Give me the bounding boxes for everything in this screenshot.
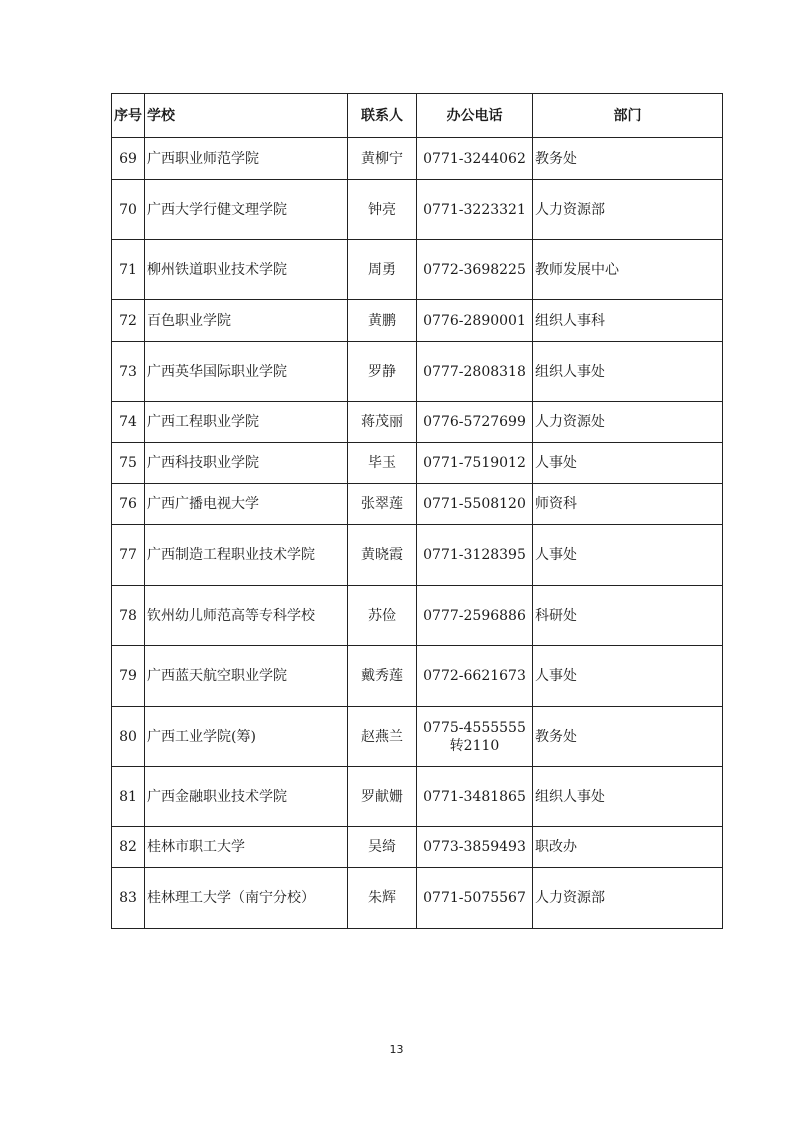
cell-school: 百色职业学院 (145, 300, 348, 342)
cell-no: 82 (112, 827, 145, 868)
table-row: 69 广西职业师范学院 黄柳宁 0771-3244062 教务处 (112, 138, 723, 180)
cell-phone: 0771-3244062 (417, 138, 533, 180)
cell-no: 77 (112, 525, 145, 586)
cell-no: 81 (112, 767, 145, 827)
cell-dept: 人事处 (533, 443, 723, 484)
table-row: 72 百色职业学院 黄鹏 0776-2890001 组织人事科 (112, 300, 723, 342)
header-no: 序号 (112, 94, 145, 138)
cell-phone: 0776-5727699 (417, 402, 533, 443)
table-row: 76 广西广播电视大学 张翠莲 0771-5508120 师资科 (112, 484, 723, 525)
cell-dept: 师资科 (533, 484, 723, 525)
table-row: 74 广西工程职业学院 蒋茂丽 0776-5727699 人力资源处 (112, 402, 723, 443)
table-row: 83 桂林理工大学（南宁分校） 朱辉 0771-5075567 人力资源部 (112, 868, 723, 929)
cell-no: 79 (112, 646, 145, 707)
cell-school: 广西大学行健文理学院 (145, 180, 348, 240)
cell-school: 柳州铁道职业技术学院 (145, 240, 348, 300)
cell-dept: 人力资源处 (533, 402, 723, 443)
page-number: 13 (0, 1043, 793, 1056)
cell-school: 广西金融职业技术学院 (145, 767, 348, 827)
cell-dept: 人力资源部 (533, 868, 723, 929)
cell-dept: 组织人事处 (533, 767, 723, 827)
cell-phone: 0771-5075567 (417, 868, 533, 929)
cell-no: 80 (112, 707, 145, 767)
table-row: 73 广西英华国际职业学院 罗静 0777-2808318 组织人事处 (112, 342, 723, 402)
cell-no: 71 (112, 240, 145, 300)
cell-dept: 教务处 (533, 707, 723, 767)
cell-school: 广西科技职业学院 (145, 443, 348, 484)
cell-contact: 黄鹏 (348, 300, 417, 342)
cell-dept: 组织人事处 (533, 342, 723, 402)
cell-no: 83 (112, 868, 145, 929)
table-row: 75 广西科技职业学院 毕玉 0771-7519012 人事处 (112, 443, 723, 484)
cell-no: 69 (112, 138, 145, 180)
cell-contact: 黄柳宁 (348, 138, 417, 180)
cell-school: 广西工程职业学院 (145, 402, 348, 443)
table-row: 82 桂林市职工大学 吴绮 0773-3859493 职改办 (112, 827, 723, 868)
cell-contact: 蒋茂丽 (348, 402, 417, 443)
table-row: 78 钦州幼儿师范高等专科学校 苏俭 0777-2596886 科研处 (112, 586, 723, 646)
cell-no: 70 (112, 180, 145, 240)
cell-phone: 0776-2890001 (417, 300, 533, 342)
cell-school: 广西蓝天航空职业学院 (145, 646, 348, 707)
cell-no: 72 (112, 300, 145, 342)
cell-phone: 0777-2596886 (417, 586, 533, 646)
cell-phone: 0771-3481865 (417, 767, 533, 827)
cell-no: 74 (112, 402, 145, 443)
cell-school: 广西职业师范学院 (145, 138, 348, 180)
cell-dept: 教师发展中心 (533, 240, 723, 300)
contacts-table: 序号 学校 联系人 办公电话 部门 69 广西职业师范学院 黄柳宁 0771-3… (111, 93, 723, 929)
cell-school: 广西制造工程职业技术学院 (145, 525, 348, 586)
cell-no: 76 (112, 484, 145, 525)
cell-phone: 0771-5508120 (417, 484, 533, 525)
cell-phone: 0771-7519012 (417, 443, 533, 484)
cell-contact: 黄晓霞 (348, 525, 417, 586)
cell-phone: 0775-4555555转2110 (417, 707, 533, 767)
table-row: 77 广西制造工程职业技术学院 黄晓霞 0771-3128395 人事处 (112, 525, 723, 586)
cell-no: 73 (112, 342, 145, 402)
header-school: 学校 (145, 94, 348, 138)
cell-contact: 苏俭 (348, 586, 417, 646)
cell-school: 桂林市职工大学 (145, 827, 348, 868)
cell-dept: 职改办 (533, 827, 723, 868)
cell-contact: 赵燕兰 (348, 707, 417, 767)
cell-no: 78 (112, 586, 145, 646)
cell-contact: 罗静 (348, 342, 417, 402)
cell-dept: 科研处 (533, 586, 723, 646)
cell-contact: 钟亮 (348, 180, 417, 240)
table-row: 80 广西工业学院(筹) 赵燕兰 0775-4555555转2110 教务处 (112, 707, 723, 767)
cell-school: 钦州幼儿师范高等专科学校 (145, 586, 348, 646)
table-row: 71 柳州铁道职业技术学院 周勇 0772-3698225 教师发展中心 (112, 240, 723, 300)
header-contact: 联系人 (348, 94, 417, 138)
cell-dept: 教务处 (533, 138, 723, 180)
cell-phone: 0777-2808318 (417, 342, 533, 402)
cell-dept: 人力资源部 (533, 180, 723, 240)
cell-contact: 罗献姗 (348, 767, 417, 827)
cell-phone: 0772-3698225 (417, 240, 533, 300)
table-row: 81 广西金融职业技术学院 罗献姗 0771-3481865 组织人事处 (112, 767, 723, 827)
header-dept: 部门 (533, 94, 723, 138)
cell-school: 广西广播电视大学 (145, 484, 348, 525)
cell-dept: 组织人事科 (533, 300, 723, 342)
cell-dept: 人事处 (533, 646, 723, 707)
table-row: 70 广西大学行健文理学院 钟亮 0771-3223321 人力资源部 (112, 180, 723, 240)
cell-no: 75 (112, 443, 145, 484)
cell-contact: 戴秀莲 (348, 646, 417, 707)
cell-dept: 人事处 (533, 525, 723, 586)
cell-contact: 张翠莲 (348, 484, 417, 525)
cell-phone: 0771-3223321 (417, 180, 533, 240)
cell-phone: 0772-6621673 (417, 646, 533, 707)
cell-school: 广西英华国际职业学院 (145, 342, 348, 402)
header-phone: 办公电话 (417, 94, 533, 138)
cell-contact: 毕玉 (348, 443, 417, 484)
cell-contact: 吴绮 (348, 827, 417, 868)
cell-contact: 周勇 (348, 240, 417, 300)
cell-phone: 0773-3859493 (417, 827, 533, 868)
table-row: 79 广西蓝天航空职业学院 戴秀莲 0772-6621673 人事处 (112, 646, 723, 707)
cell-school: 桂林理工大学（南宁分校） (145, 868, 348, 929)
cell-phone: 0771-3128395 (417, 525, 533, 586)
cell-school: 广西工业学院(筹) (145, 707, 348, 767)
table-header-row: 序号 学校 联系人 办公电话 部门 (112, 94, 723, 138)
document-page: 序号 学校 联系人 办公电话 部门 69 广西职业师范学院 黄柳宁 0771-3… (0, 0, 793, 1122)
cell-contact: 朱辉 (348, 868, 417, 929)
